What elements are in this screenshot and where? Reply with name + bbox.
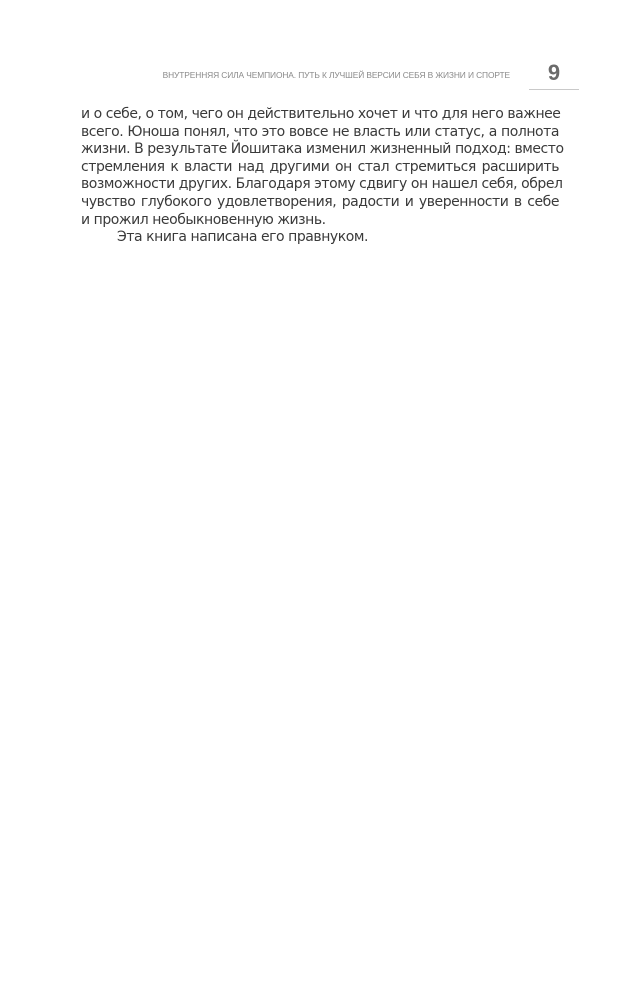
text-line: и прожил необыкновенную жизнь. [81,212,559,230]
page-number-rule [529,89,579,90]
text-line: чувство глубокого удовлетворения, радост… [81,194,559,212]
text-line: жизни. В результате Йошитака изменил жиз… [81,141,559,159]
text-line: возможности других. Благодаря этому сдви… [81,176,559,194]
text-line: всего. Юноша понял, что это вовсе не вла… [81,124,559,142]
page-number: 9 [529,60,579,86]
text-line: и о себе, о том, чего он действительно х… [81,106,559,124]
running-header: Внутренняя сила чемпиона. Путь к лучшей … [150,70,510,80]
paragraph: Эта книга написана его правнуком. [81,229,559,247]
paragraph: и о себе, о том, чего он действительно х… [81,106,559,229]
body-text: и о себе, о том, чего он действительно х… [81,106,559,247]
text-line: стремления к власти над другими он стал … [81,159,559,177]
text-line: Эта книга написана его правнуком. [81,229,559,247]
